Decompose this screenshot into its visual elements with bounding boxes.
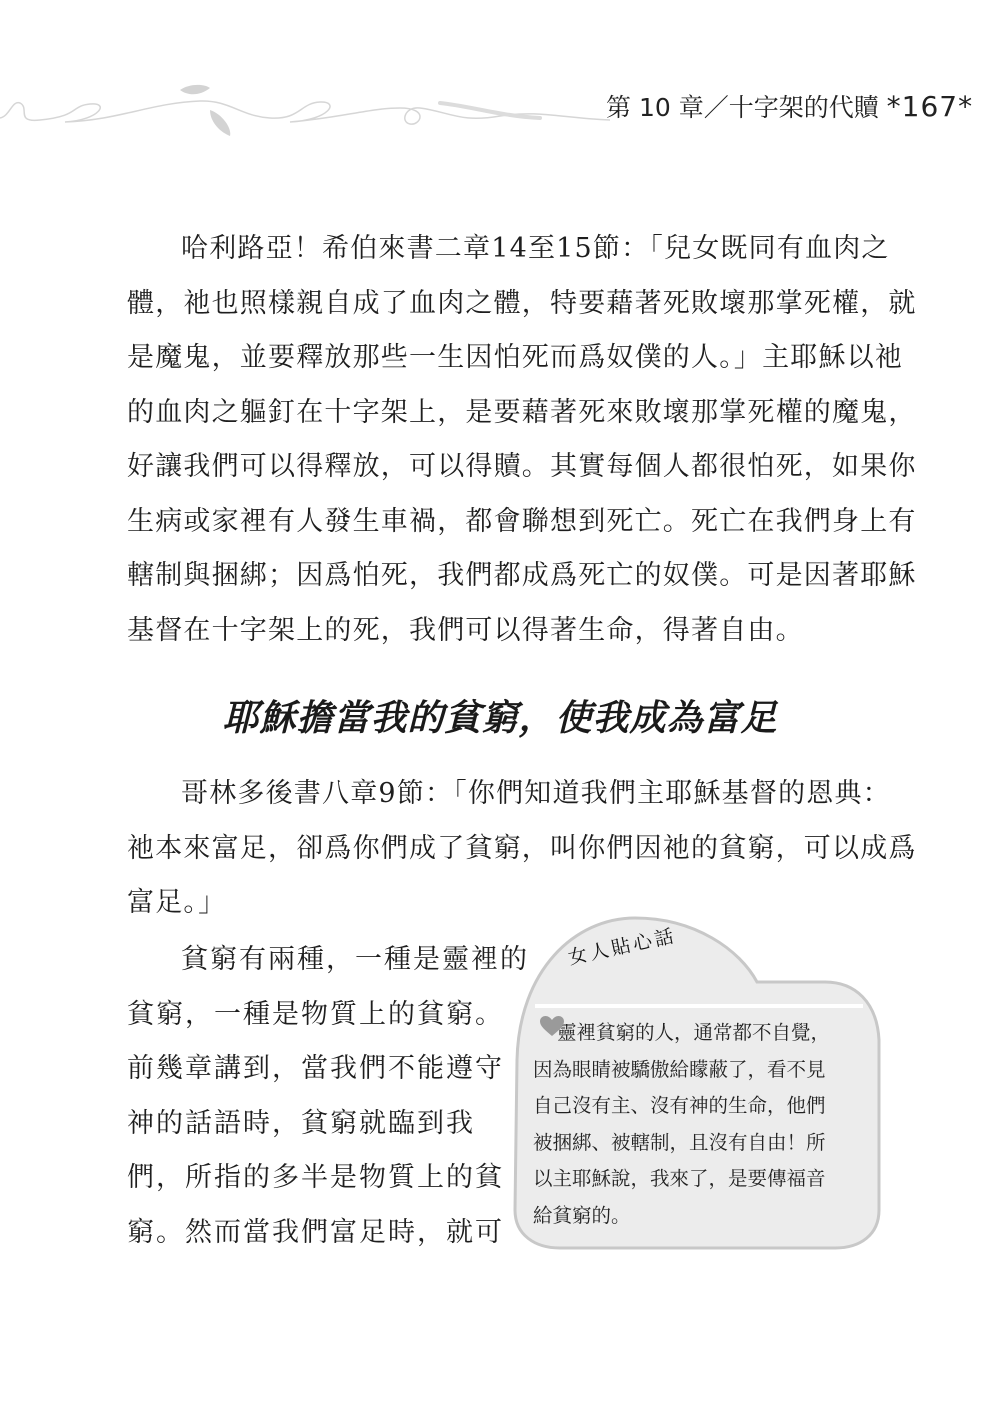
callout-line: 以主耶穌說，我來了，是要傳福音 bbox=[533, 1161, 873, 1198]
text-line: 神的話語時，貧窮就臨到我 bbox=[127, 1097, 507, 1152]
chapter-title: 第 10 章／十字架的代贖 bbox=[606, 93, 879, 122]
callout-last-line: 給貧窮的。 bbox=[533, 1198, 873, 1235]
text-line: 轄制與捆綁；因爲怕死，我們都成爲死亡的奴僕。可是因著耶穌 bbox=[127, 549, 877, 604]
text-line: 祂本來富足，卻爲你們成了貧窮，叫你們因祂的貧窮，可以成爲 bbox=[127, 822, 877, 877]
text-line: 體，祂也照樣親自成了血肉之體，特要藉著死敗壞那掌死權，就 bbox=[127, 277, 877, 332]
vine-ornament bbox=[0, 78, 610, 138]
callout-body: 靈裡貧窮的人，通常都不自覺， 因為眼睛被驕傲給矇蔽了，看不見 自己沒有主、沒有神… bbox=[533, 1015, 873, 1234]
text-line: 貧窮，一種是物質上的貧窮。 bbox=[127, 988, 507, 1043]
callout-line: 被捆綁、被轄制，且沒有自由！所 bbox=[533, 1125, 873, 1162]
callout-line: 因為眼睛被驕傲給矇蔽了，看不見 bbox=[533, 1052, 873, 1089]
page-number: *167* bbox=[887, 90, 973, 123]
text-line: 前幾章講到，當我們不能遵守 bbox=[127, 1042, 507, 1097]
text-line: 貧窮有兩種，一種是靈裡的 bbox=[127, 933, 507, 988]
heart-icon bbox=[539, 1015, 565, 1037]
text-line: 的血肉之軀釘在十字架上，是要藉著死來敗壞那掌死權的魔鬼， bbox=[127, 386, 877, 441]
callout-line: 自己沒有主、沒有神的生命，他們 bbox=[533, 1088, 873, 1125]
text-line: 生病或家裡有人發生車禍，都會聯想到死亡。死亡在我們身上有 bbox=[127, 495, 877, 550]
text-line: 窮。然而當我們富足時，就可 bbox=[127, 1206, 507, 1261]
section-heading: 耶穌擔當我的貧窮，使我成為富足 bbox=[0, 690, 1000, 741]
text-line: 哥林多後書八章9節：「你們知道我們主耶穌基督的恩典： bbox=[127, 767, 877, 822]
text-line: 好讓我們可以得釋放，可以得贖。其實每個人都很怕死，如果你 bbox=[127, 440, 877, 495]
paragraph-poverty: 貧窮有兩種，一種是靈裡的 貧窮，一種是物質上的貧窮。 前幾章講到，當我們不能遵守… bbox=[127, 933, 507, 1260]
callout-line: 給貧窮的。 bbox=[533, 1204, 631, 1227]
text-line: 哈利路亞！希伯來書二章14至15節：「兒女既同有血肉之 bbox=[127, 222, 877, 277]
paragraph-hebrews: 哈利路亞！希伯來書二章14至15節：「兒女既同有血肉之 體，祂也照樣親自成了血肉… bbox=[127, 222, 877, 658]
paragraph-corinthians: 哥林多後書八章9節：「你們知道我們主耶穌基督的恩典： 祂本來富足，卻爲你們成了貧… bbox=[127, 767, 877, 931]
text-line: 們，所指的多半是物質上的貧 bbox=[127, 1151, 507, 1206]
text-line: 基督在十字架上的死，我們可以得著生命，得著自由。 bbox=[127, 604, 877, 659]
running-header: 第 10 章／十字架的代贖 *167* bbox=[606, 88, 973, 124]
callout-box: 女人貼心話 靈裡貧窮的人，通常都不自覺， 因為眼睛被驕傲給矇蔽了，看不見 自己沒… bbox=[505, 910, 890, 1255]
callout-line: 靈裡貧窮的人，通常都不自覺， bbox=[533, 1015, 873, 1052]
text-line: 是魔鬼，並要釋放那些一生因怕死而爲奴僕的人。」主耶穌以祂 bbox=[127, 331, 877, 386]
